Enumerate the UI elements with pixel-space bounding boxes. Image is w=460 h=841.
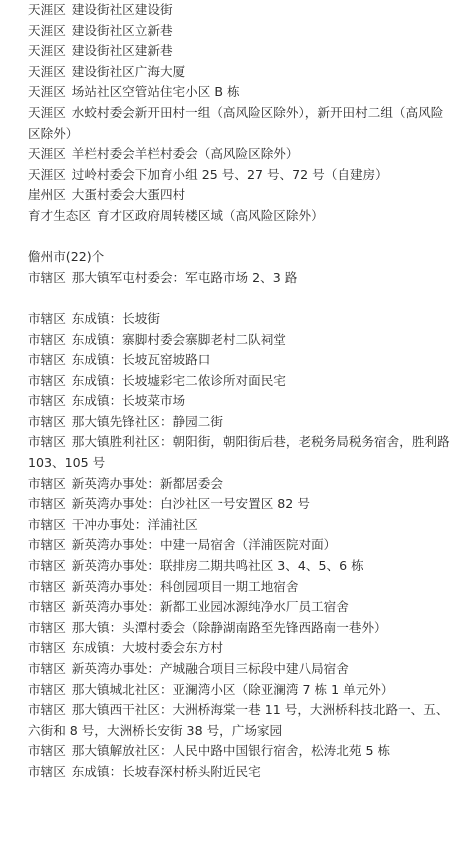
list-item: 天涯区建设街社区建新巷 (28, 41, 460, 62)
list-item: 市辖区那大镇胜利社区：朝阳街，朝阳街后巷，老税务局税务宿舍，胜利路 103、10… (28, 432, 460, 473)
list-item: 市辖区新英湾办事处：新都居委会 (28, 474, 460, 495)
list-item: 市辖区东成镇：寨脚村委会寨脚老村二队祠堂 (28, 330, 460, 351)
district: 天涯区 (28, 2, 66, 17)
location: 东成镇：寨脚村委会寨脚老村二队祠堂 (72, 332, 286, 347)
district: 市辖区 (28, 743, 66, 758)
list-item: 市辖区东成镇：长坡春深村桥头附近民宅 (28, 762, 460, 783)
location: 新英湾办事处：新都工业园冰源纯净水厂员工宿舍 (72, 599, 349, 614)
district: 市辖区 (28, 270, 66, 285)
list-item: 市辖区干冲办事处：洋浦社区 (28, 515, 460, 536)
location: 那大镇城北社区：亚澜湾小区（除亚澜湾 7 栋 1 单元外） (72, 682, 394, 697)
list-item: 天涯区建设街社区广海大厦 (28, 62, 460, 83)
district: 天涯区 (28, 23, 66, 38)
location: 羊栏村委会羊栏村委会（高风险区除外） (72, 146, 299, 161)
location: 水蛟村委会新开田村一组（高风险区除外），新开田村二组（高风险区除外） (28, 105, 443, 141)
district: 市辖区 (28, 414, 66, 429)
district: 天涯区 (28, 64, 66, 79)
location: 东成镇：长坡菜市场 (72, 393, 185, 408)
location: 东成镇：长坡墟彩宅二侬诊所对面民宅 (72, 373, 286, 388)
district: 市辖区 (28, 476, 66, 491)
location: 那大镇西干社区：大洲桥海棠一巷 11 号，大洲桥科技北路一、五、六街和 8 号，… (28, 702, 448, 738)
location: 过岭村委会下加育小组 25 号、27 号、72 号（自建房） (72, 167, 388, 182)
list-item: 市辖区新英湾办事处：白沙社区一号安置区 82 号 (28, 494, 460, 515)
district: 市辖区 (28, 352, 66, 367)
district: 市辖区 (28, 764, 66, 779)
list-item: 市辖区东成镇：长坡街 (28, 309, 460, 330)
list-item: 育才生态区育才区政府周转楼区域（高风险区除外） (28, 206, 460, 227)
district: 市辖区 (28, 682, 66, 697)
location: 新英湾办事处：产城融合项目三标段中建八局宿舍 (72, 661, 349, 676)
location: 建设街社区广海大厦 (72, 64, 185, 79)
location: 那大镇：头潭村委会（除静湖南路至先锋西路南一巷外） (72, 620, 387, 635)
list-item: 市辖区新英湾办事处：产城融合项目三标段中建八局宿舍 (28, 659, 460, 680)
district: 市辖区 (28, 311, 66, 326)
location: 建设街社区立新巷 (72, 23, 173, 38)
list-item: 市辖区东成镇：长坡菜市场 (28, 391, 460, 412)
location: 东成镇：长坡街 (72, 311, 160, 326)
section-sanya: 天涯区建设街社区建设街 天涯区建设街社区立新巷 天涯区建设街社区建新巷 天涯区建… (28, 0, 460, 227)
district: 天涯区 (28, 105, 66, 120)
list-item: 市辖区东成镇：长坡瓦窑坡路口 (28, 350, 460, 371)
district: 市辖区 (28, 434, 66, 449)
list-item: 市辖区新英湾办事处：新都工业园冰源纯净水厂员工宿舍 (28, 597, 460, 618)
district: 市辖区 (28, 332, 66, 347)
location: 新英湾办事处：中建一局宿舍（洋浦医院对面） (72, 537, 336, 552)
location: 大蛋村委会大蛋四村 (72, 187, 185, 202)
location: 建设街社区建设街 (72, 2, 173, 17)
location: 那大镇胜利社区：朝阳街，朝阳街后巷，老税务局税务宿舍，胜利路 103、105 号 (28, 434, 450, 470)
district: 市辖区 (28, 496, 66, 511)
section-danzhou: 儋州市(22)个 市辖区那大镇军屯村委会：军屯路市场 2、3 路 (28, 247, 460, 288)
list-item: 市辖区那大镇：头潭村委会（除静湖南路至先锋西路南一巷外） (28, 618, 460, 639)
district: 市辖区 (28, 373, 66, 388)
district: 市辖区 (28, 640, 66, 655)
location: 东成镇：长坡瓦窑坡路口 (72, 352, 211, 367)
list-item: 市辖区东成镇：长坡墟彩宅二侬诊所对面民宅 (28, 371, 460, 392)
list-item: 天涯区建设街社区建设街 (28, 0, 460, 21)
section-danzhou-list: 市辖区东成镇：长坡街 市辖区东成镇：寨脚村委会寨脚老村二队祠堂 市辖区东成镇：长… (28, 309, 460, 783)
list-item: 市辖区那大镇先锋社区：静园二街 (28, 412, 460, 433)
list-item: 市辖区新英湾办事处：科创园项目一期工地宿舍 (28, 577, 460, 598)
list-item: 天涯区水蛟村委会新开田村一组（高风险区除外），新开田村二组（高风险区除外） (28, 103, 460, 144)
list-item: 市辖区东成镇：大坡村委会东方村 (28, 638, 460, 659)
list-item: 市辖区那大镇解放社区：人民中路中国银行宿舍，松涛北苑 5 栋 (28, 741, 460, 762)
district: 崖州区 (28, 187, 66, 202)
location: 育才区政府周转楼区域（高风险区除外） (97, 208, 324, 223)
district: 市辖区 (28, 393, 66, 408)
location: 干冲办事处：洋浦社区 (72, 517, 198, 532)
district: 天涯区 (28, 84, 66, 99)
list-item: 崖州区大蛋村委会大蛋四村 (28, 185, 460, 206)
list-item: 市辖区那大镇城北社区：亚澜湾小区（除亚澜湾 7 栋 1 单元外） (28, 680, 460, 701)
list-item: 市辖区那大镇军屯村委会：军屯路市场 2、3 路 (28, 268, 460, 289)
location: 新英湾办事处：科创园项目一期工地宿舍 (72, 579, 299, 594)
district: 天涯区 (28, 167, 66, 182)
district: 天涯区 (28, 146, 66, 161)
blank-line (28, 288, 460, 309)
location: 东成镇：长坡春深村桥头附近民宅 (72, 764, 261, 779)
location: 新英湾办事处：白沙社区一号安置区 82 号 (72, 496, 310, 511)
location: 建设街社区建新巷 (72, 43, 173, 58)
blank-line (28, 227, 460, 248)
document-body: 天涯区建设街社区建设街 天涯区建设街社区立新巷 天涯区建设街社区建新巷 天涯区建… (0, 0, 460, 783)
district: 市辖区 (28, 517, 66, 532)
district: 市辖区 (28, 702, 66, 717)
list-item: 市辖区新英湾办事处：联排房二期共鸣社区 3、4、5、6 栋 (28, 556, 460, 577)
district: 市辖区 (28, 579, 66, 594)
list-item: 市辖区那大镇西干社区：大洲桥海棠一巷 11 号，大洲桥科技北路一、五、六街和 8… (28, 700, 460, 741)
location: 场站社区空管站住宅小区 B 栋 (72, 84, 240, 99)
location: 那大镇军屯村委会：军屯路市场 2、3 路 (72, 270, 298, 285)
district: 市辖区 (28, 537, 66, 552)
list-item: 天涯区建设街社区立新巷 (28, 21, 460, 42)
district: 市辖区 (28, 661, 66, 676)
list-item: 天涯区场站社区空管站住宅小区 B 栋 (28, 82, 460, 103)
location: 新英湾办事处：新都居委会 (72, 476, 223, 491)
district: 市辖区 (28, 620, 66, 635)
list-item: 市辖区新英湾办事处：中建一局宿舍（洋浦医院对面） (28, 535, 460, 556)
district: 天涯区 (28, 43, 66, 58)
location: 东成镇：大坡村委会东方村 (72, 640, 223, 655)
district: 育才生态区 (28, 208, 91, 223)
district: 市辖区 (28, 558, 66, 573)
district: 市辖区 (28, 599, 66, 614)
list-item: 天涯区过岭村委会下加育小组 25 号、27 号、72 号（自建房） (28, 165, 460, 186)
section-heading: 儋州市(22)个 (28, 247, 460, 268)
location: 那大镇先锋社区：静园二街 (72, 414, 223, 429)
location: 新英湾办事处：联排房二期共鸣社区 3、4、5、6 栋 (72, 558, 364, 573)
location: 那大镇解放社区：人民中路中国银行宿舍，松涛北苑 5 栋 (72, 743, 390, 758)
list-item: 天涯区羊栏村委会羊栏村委会（高风险区除外） (28, 144, 460, 165)
